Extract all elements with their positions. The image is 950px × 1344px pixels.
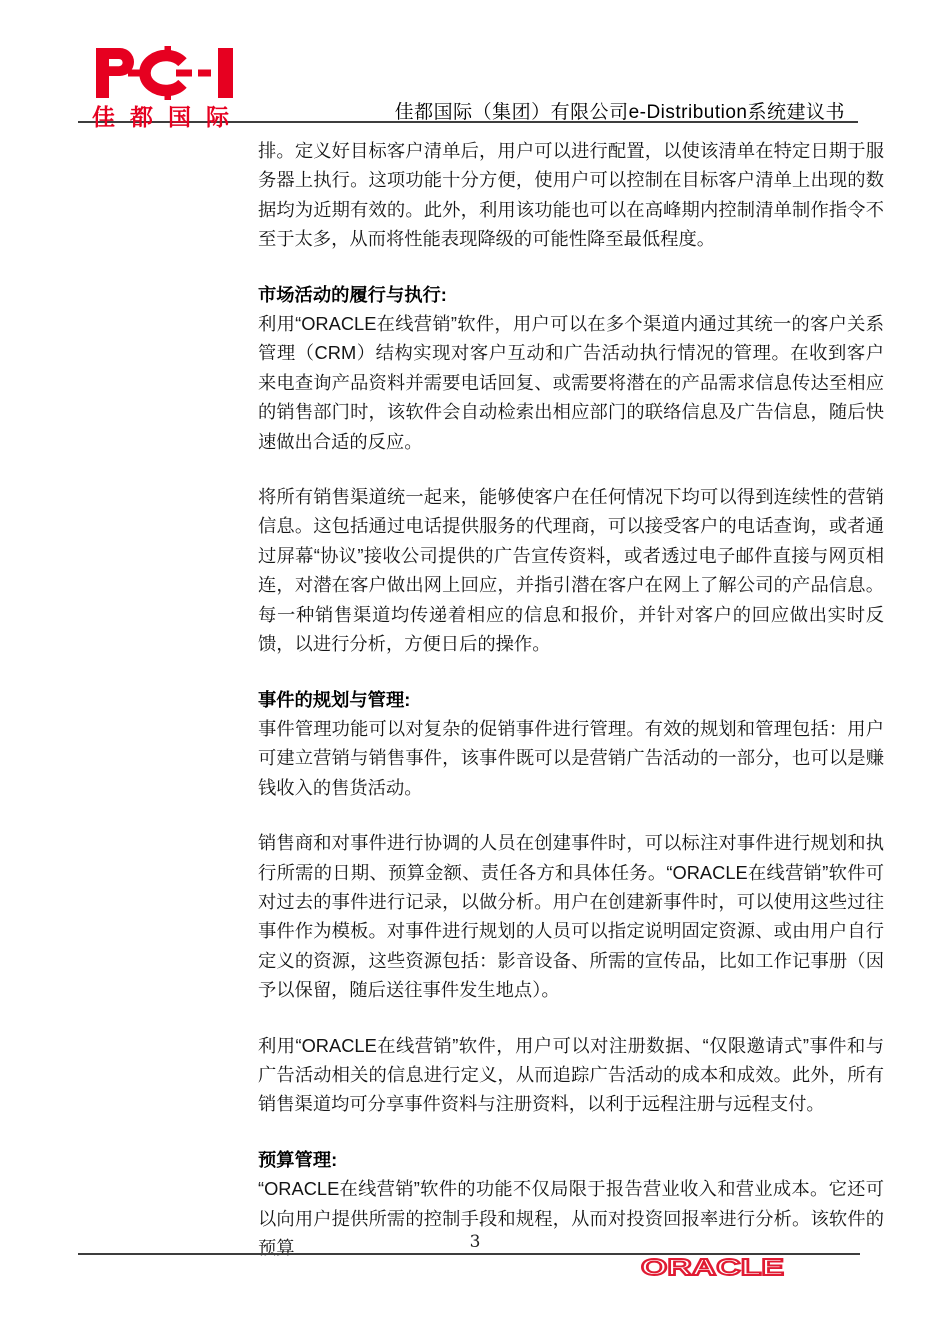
- pci-logo-chinese-text: 佳都国际: [92, 99, 244, 132]
- document-body: 排。定义好目标客户清单后，用户可以进行配置，以使该清单在特定日期于服务器上执行。…: [258, 136, 884, 1288]
- paragraph: 利用“ORACLE在线营销”软件，用户可以在多个渠道内通过其统一的客户关系管理（…: [258, 309, 884, 456]
- document-header-title: 佳都国际（集团）有限公司e-Distribution系统建议书: [395, 97, 845, 124]
- section-heading: 市场活动的履行与执行:: [258, 280, 884, 309]
- pci-logo-icon: [94, 46, 256, 100]
- paragraph: 事件管理功能可以对复杂的促销事件进行管理。有效的规划和管理包括：用户可建立营销与…: [258, 714, 884, 802]
- pci-logo-text: PCI: [0, 0, 1, 1]
- paragraph: 将所有销售渠道统一起来，能够使客户在任何情况下均可以得到连续性的营销信息。这包括…: [258, 482, 884, 658]
- document-page: PCI 佳都国际 佳都国际（集团）有限公司e-Distribution系统建议书…: [0, 0, 950, 1344]
- section-heading: 事件的规划与管理:: [258, 685, 884, 714]
- oracle-logo-icon: ORACLE: [640, 1256, 786, 1280]
- oracle-logo-text: ORACLE: [641, 1256, 784, 1280]
- paragraph: 利用“ORACLE在线营销”软件，用户可以对注册数据、“仅限邀请式”事件和与广告…: [258, 1031, 884, 1119]
- page-number: 3: [0, 1232, 950, 1252]
- section-heading: 预算管理:: [258, 1145, 884, 1174]
- paragraph: 销售商和对事件进行协调的人员在创建事件时，可以标注对事件进行规划和执行所需的日期…: [258, 828, 884, 1004]
- footer-rule: [78, 1253, 860, 1255]
- paragraph: 排。定义好目标客户清单后，用户可以进行配置，以使该清单在特定日期于服务器上执行。…: [258, 136, 884, 254]
